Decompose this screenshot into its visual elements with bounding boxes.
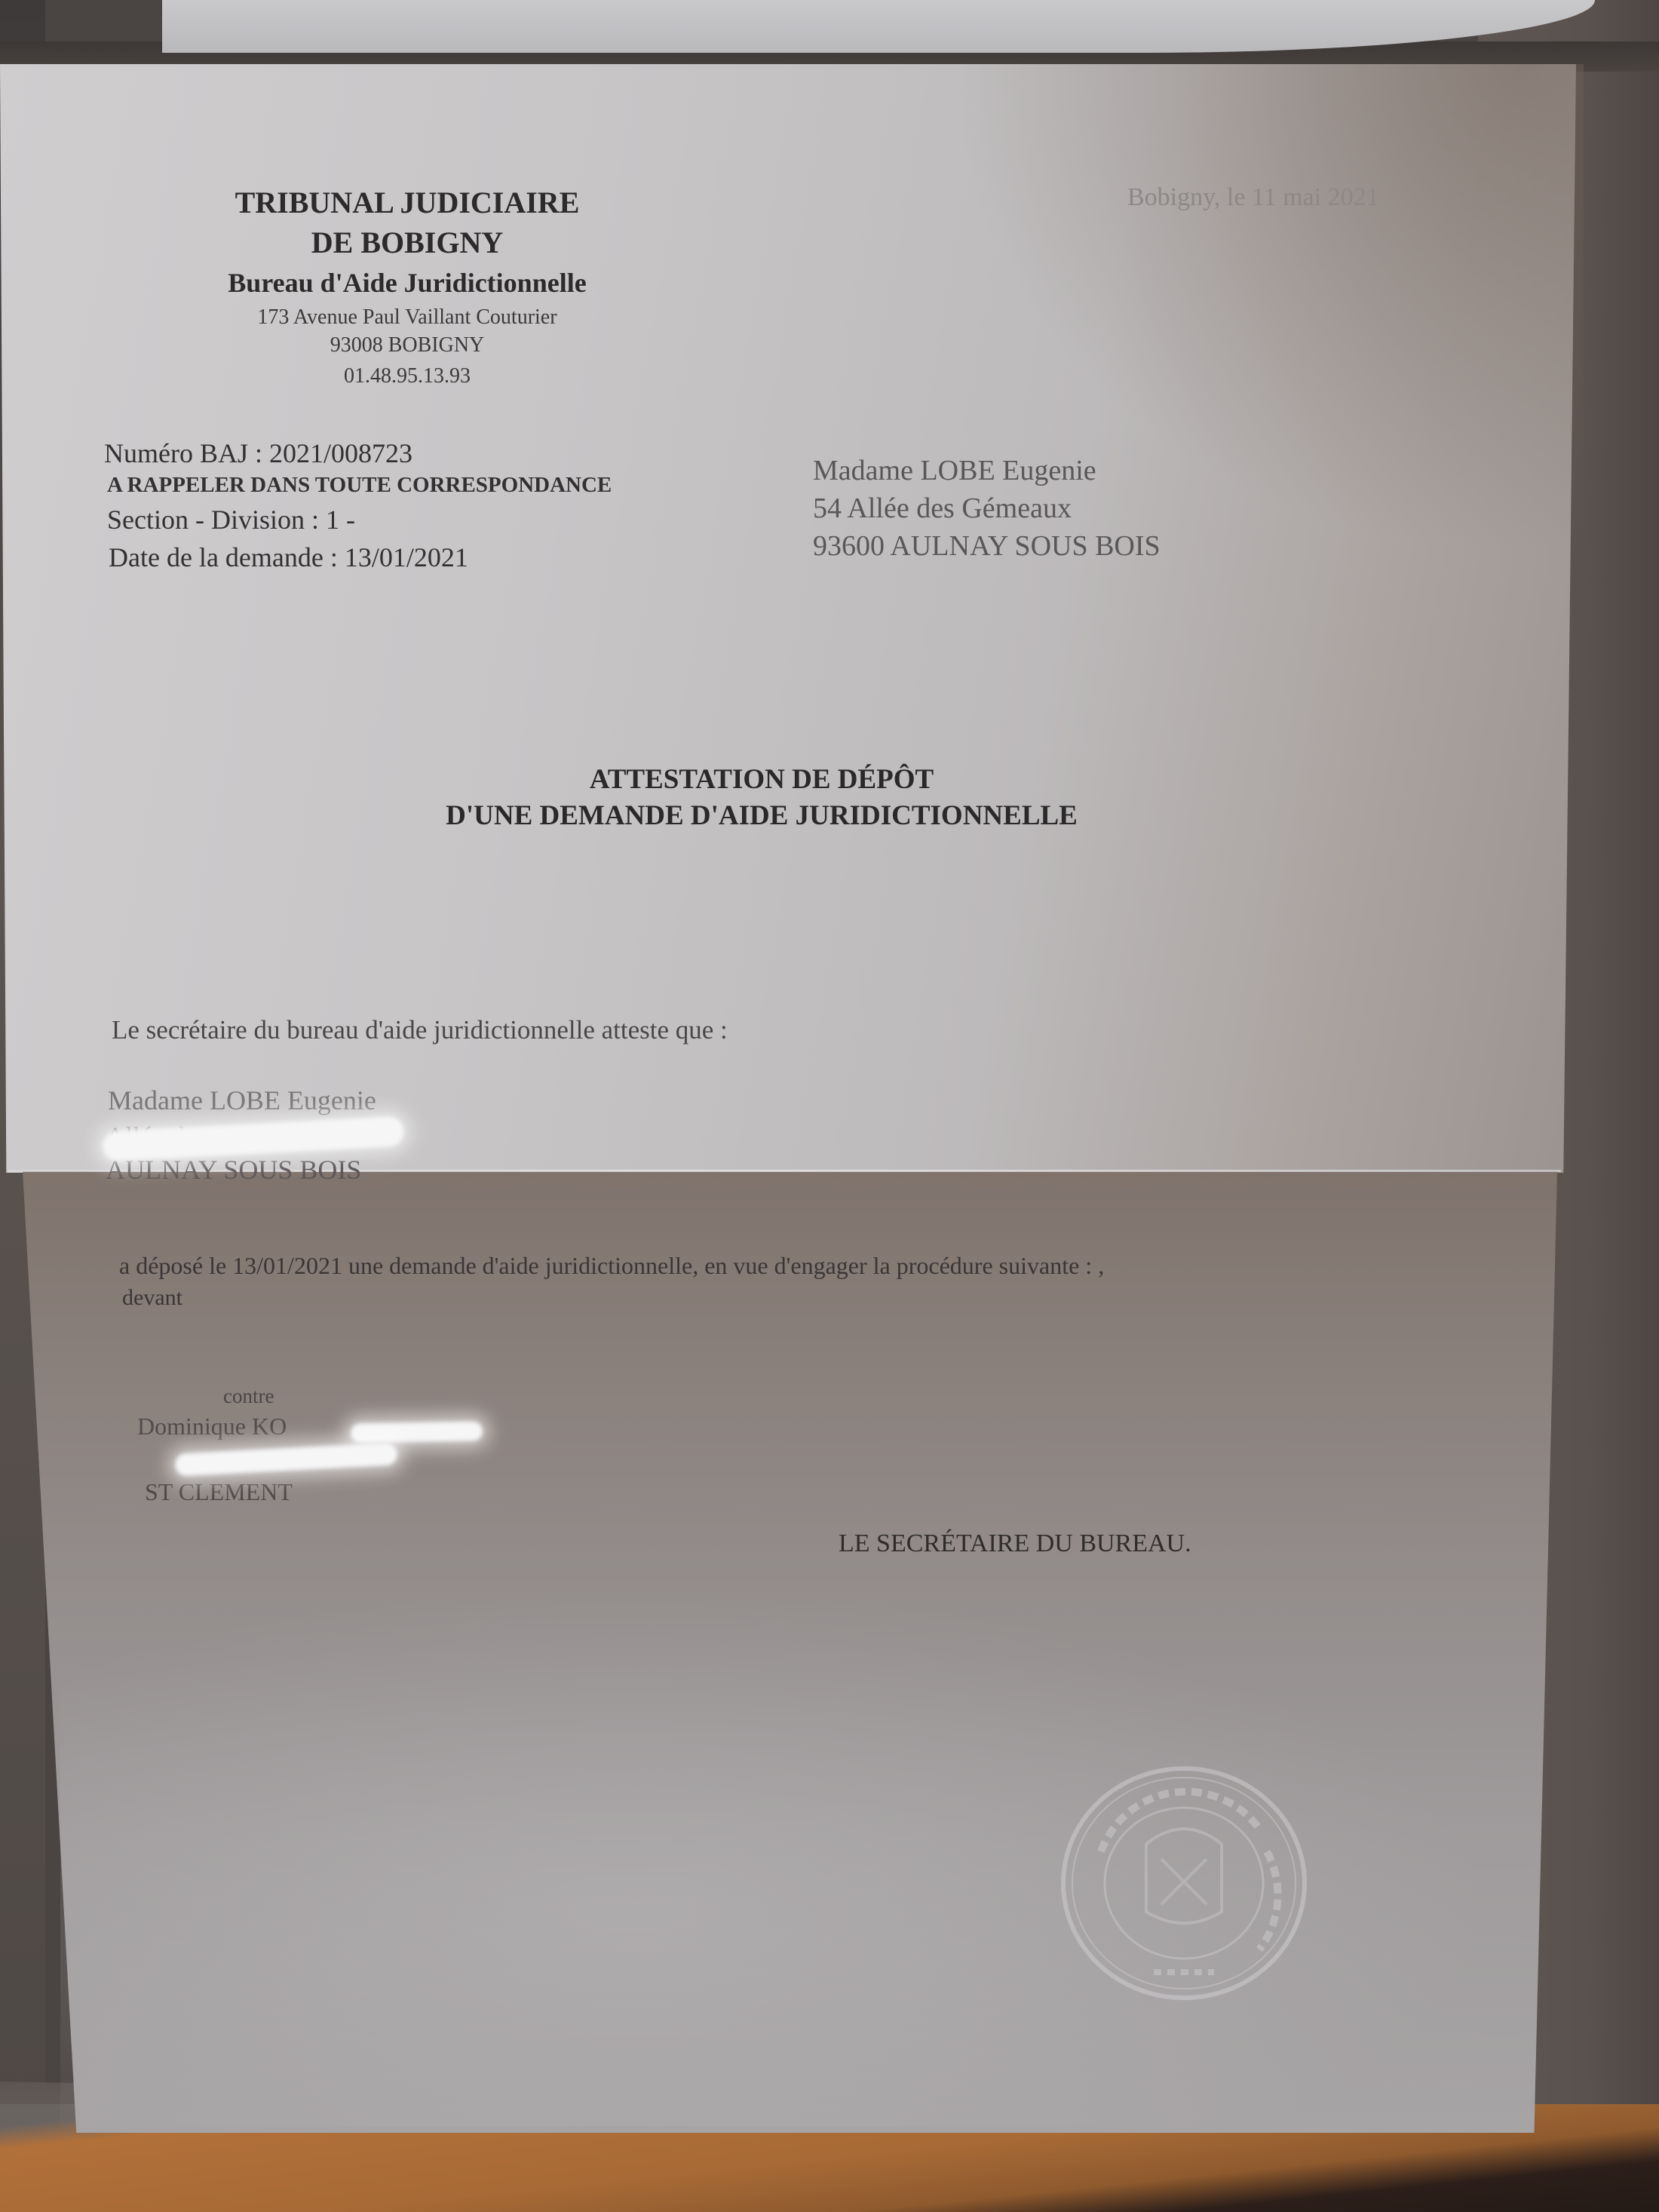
- court-phone: 01.48.95.13.93: [189, 364, 626, 388]
- redaction-mark: [351, 1421, 483, 1443]
- tribunal-seal-icon: [1056, 1761, 1312, 2006]
- bureau-name: Bureau d'Aide Juridictionnelle: [173, 267, 641, 299]
- recipient-city: 93600 AULNAY SOUS BOIS: [813, 529, 1161, 563]
- court-name-line-2: DE BOBIGNY: [189, 225, 626, 260]
- document-date: Bobigny, le 11 mai 2021: [1127, 183, 1379, 212]
- adversary-city: ST CLEMENT: [145, 1478, 293, 1506]
- court-name-line-1: TRIBUNAL JUDICIAIRE: [189, 185, 626, 220]
- court-street: 173 Avenue Paul Vaillant Couturier: [189, 305, 626, 330]
- attestation-intro: Le secrétaire du bureau d'aide juridicti…: [112, 1015, 728, 1045]
- document-title-line-2: D'UNE DEMANDE D'AIDE JURIDICTIONNELLE: [377, 799, 1146, 832]
- recipient-name: Madame LOBE Eugenie: [813, 454, 1096, 487]
- correspondence-reminder: A RAPPELER DANS TOUTE CORRESPONDANCE: [107, 473, 612, 498]
- background-sheet-top: [162, 0, 1595, 53]
- deposit-statement: a déposé le 13/01/2021 une demande d'aid…: [119, 1252, 1104, 1280]
- adversary-name: Dominique KO: [137, 1413, 287, 1440]
- signature-label: LE SECRÉTAIRE DU BUREAU.: [839, 1529, 1191, 1558]
- baj-number: Numéro BAJ : 2021/008723: [104, 437, 412, 469]
- before-label: devant: [122, 1285, 182, 1311]
- request-date: Date de la demande : 13/01/2021: [109, 541, 468, 573]
- applicant-name: Madame LOBE Eugenie: [108, 1085, 376, 1116]
- section-division: Section - Division : 1 -: [107, 504, 355, 535]
- recipient-street: 54 Allée des Gémeaux: [813, 492, 1072, 525]
- document-title-line-1: ATTESTATION DE DÉPÔT: [377, 763, 1146, 796]
- court-city: 93008 BOBIGNY: [189, 333, 626, 357]
- against-label: contre: [223, 1385, 274, 1408]
